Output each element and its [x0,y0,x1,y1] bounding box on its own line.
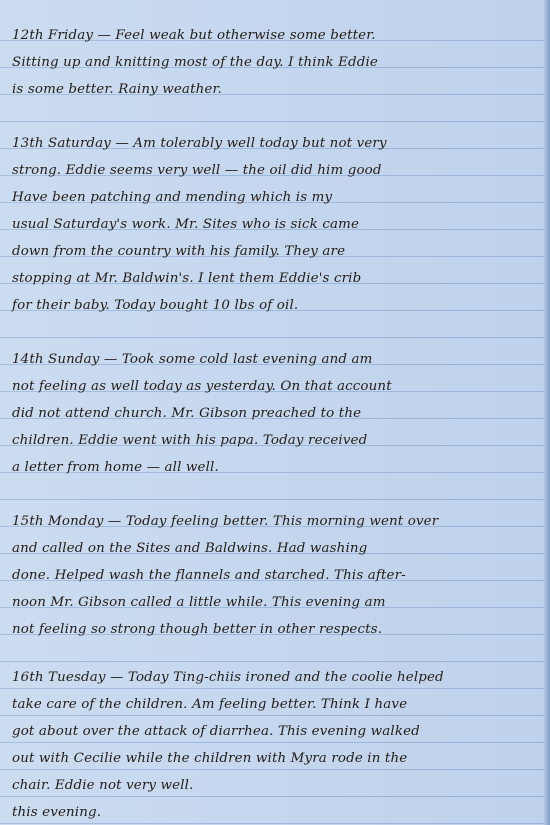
entry-line: strong. Eddie seems very well — the oil … [12,157,542,184]
entry-line: a letter from home — all well. [12,454,542,481]
entry-line: chair. Eddie not very well. [12,772,542,799]
diary-entry-monday: 15th Monday — Today feeling better. This… [12,508,542,643]
page-edge [544,0,550,825]
entry-line: got about over the attack of diarrhea. T… [12,718,542,745]
entry-line: this evening. [12,799,542,825]
diary-entry-friday: 12th Friday — Feel weak but otherwise so… [12,22,542,103]
entry-line: 12th Friday — Feel weak but otherwise so… [12,22,542,49]
diary-page: 12th Friday — Feel weak but otherwise so… [0,0,550,825]
entry-line: for their baby. Today bought 10 lbs of o… [12,292,542,319]
page-header [0,0,550,10]
entry-line: not feeling as well today as yesterday. … [12,373,542,400]
entry-line: noon Mr. Gibson called a little while. T… [12,589,542,616]
entry-line: out with Cecilie while the children with… [12,745,542,772]
entry-line: did not attend church. Mr. Gibson preach… [12,400,542,427]
entry-line: stopping at Mr. Baldwin's. I lent them E… [12,265,542,292]
entry-line: down from the country with his family. T… [12,238,542,265]
entry-line: and called on the Sites and Baldwins. Ha… [12,535,542,562]
diary-entry-saturday: 13th Saturday — Am tolerably well today … [12,130,542,319]
diary-entry-tuesday: 16th Tuesday — Today Ting-chiis ironed a… [12,664,542,825]
entry-line: done. Helped wash the flannels and starc… [12,562,542,589]
entry-line: 13th Saturday — Am tolerably well today … [12,130,542,157]
entry-line: usual Saturday's work. Mr. Sites who is … [12,211,542,238]
diary-entry-sunday: 14th Sunday — Took some cold last evenin… [12,346,542,481]
entry-line: take care of the children. Am feeling be… [12,691,542,718]
entry-line: 16th Tuesday — Today Ting-chiis ironed a… [12,664,542,691]
entry-line: Have been patching and mending which is … [12,184,542,211]
entry-line: 14th Sunday — Took some cold last evenin… [12,346,542,373]
entry-line: Sitting up and knitting most of the day.… [12,49,542,76]
entry-line: 15th Monday — Today feeling better. This… [12,508,542,535]
entry-line: not feeling so strong though better in o… [12,616,542,643]
entry-line: is some better. Rainy weather. [12,76,542,103]
entry-line: children. Eddie went with his papa. Toda… [12,427,542,454]
